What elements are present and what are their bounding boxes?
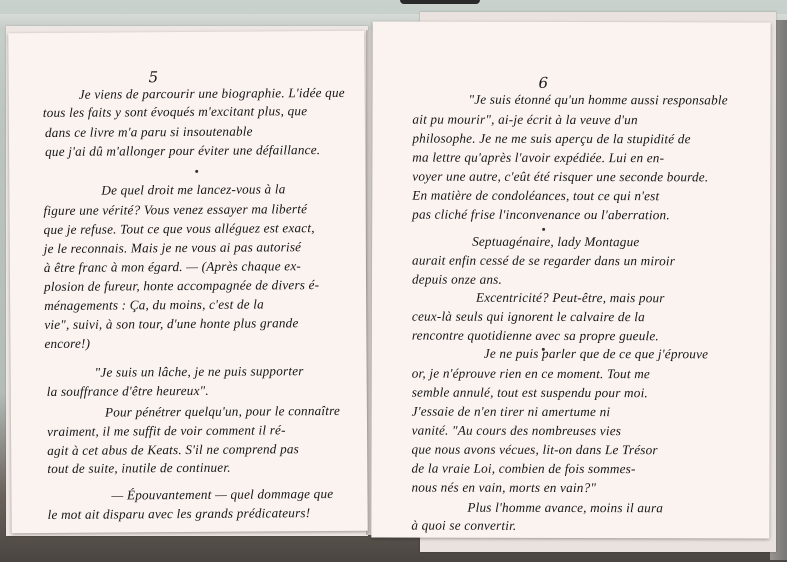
text-line: à être franc à mon égard. — (Après chaqu… [44, 258, 301, 276]
text-line: aurait enfin cessé de se regarder dans u… [412, 253, 675, 270]
text-line: la souffrance d'être heureux". [47, 383, 209, 400]
text-line: de la vraie Loi, combien de fois sommes- [411, 461, 635, 478]
text-line: rencontre quotidienne avec sa propre gue… [412, 328, 659, 345]
text-line: J'essaie de n'en tirer ni amertume ni [412, 404, 611, 421]
text-line: vraiment, il me suffit de voir comment i… [47, 422, 286, 440]
text-line: je le reconnais. Mais je ne vous ai pas … [44, 239, 302, 257]
text-line: à quoi se convertir. [411, 518, 516, 534]
text-line: "Je suis étonné qu'un homme aussi respon… [468, 92, 727, 109]
text-line: ceux-là seuls qui ignorent le calvaire d… [412, 309, 645, 326]
text-line: Plus l'homme avance, moins il aura [467, 500, 663, 517]
text-line: Pour pénétrer quelqu'un, pour le connaît… [105, 403, 340, 421]
text-line: ma lettre qu'après l'avoir expédiée. Lui… [412, 150, 664, 167]
text-line: Je viens de parcourir une biographie. L'… [79, 85, 345, 103]
text-line: depuis onze ans. [412, 272, 502, 288]
page-number: 6 [538, 74, 548, 92]
text-line: De quel droit me lancez-vous à la [101, 181, 285, 198]
text-line: Excentricité? Peut-être, mais pour [476, 290, 665, 306]
manuscript-page-right: 6 "Je suis étonné qu'un homme aussi resp… [371, 21, 770, 538]
background-scene: 5 Je viens de parcourir une biographie. … [0, 0, 787, 562]
text-line: Je ne puis parler que de ce que j'éprouv… [484, 346, 708, 363]
text-line: vie", suivi, à son tour, d'une honte plu… [44, 315, 298, 333]
text-line: plosion de fureur, honte accompagnée de … [44, 277, 319, 295]
text-line: que nous avons vécues, lit-on dans Le Tr… [412, 442, 658, 459]
manuscript-page-left: 5 Je viens de parcourir une biographie. … [8, 31, 367, 533]
text-line: vanité. "Au cours des nombreuses vies [412, 423, 622, 440]
text-line: voyer une autre, c'eût été risquer une s… [412, 169, 708, 186]
text-line: semble annulé, tout est suspendu pour mo… [412, 385, 648, 402]
text-line: tout de suite, inutile de continuer. [47, 460, 230, 477]
text-line: que je refuse. Tout ce que vous alléguez… [44, 220, 315, 238]
separator-dot [195, 170, 198, 173]
separator-dot [542, 228, 545, 231]
text-line: pas cliché frise l'inconvenance ou l'abe… [412, 207, 670, 224]
text-line: figure une vérité? Vous venez essayer ma… [43, 201, 307, 219]
text-line: Septuagénaire, lady Montague [472, 234, 639, 250]
text-line: le mot ait disparu avec les grands prédi… [48, 505, 311, 523]
text-line: agit à cet abus de Keats. S'il ne compre… [47, 441, 299, 459]
text-line: tous les faits y sont évoqués m'excitant… [43, 103, 308, 121]
text-line: philosophe. Je ne me suis aperçu de la s… [412, 131, 690, 148]
text-line: nous nés en vain, morts en vain?" [411, 480, 596, 496]
clip [400, 0, 480, 4]
text-line: dans ce livre m'a paru si insoutenable [45, 124, 253, 141]
text-line: En matière de condoléances, tout ce qui … [412, 188, 659, 205]
text-line: "Je suis un lâche, je ne puis supporter [95, 363, 304, 380]
text-line: ménagements : Ça, du moins, c'est de la [44, 296, 264, 314]
text-line: que j'ai dû m'allonger pour éviter une d… [45, 142, 320, 160]
text-line: encore!) [44, 336, 90, 352]
text-line: or, je n'éprouve rien en ce moment. Tout… [412, 366, 650, 383]
text-line-underlined: — Épouvantement — quel dommage que [111, 486, 333, 504]
page-number: 5 [149, 68, 159, 86]
text-line: ait pu mourir", ai-je écrit à la veuve d… [412, 112, 637, 129]
